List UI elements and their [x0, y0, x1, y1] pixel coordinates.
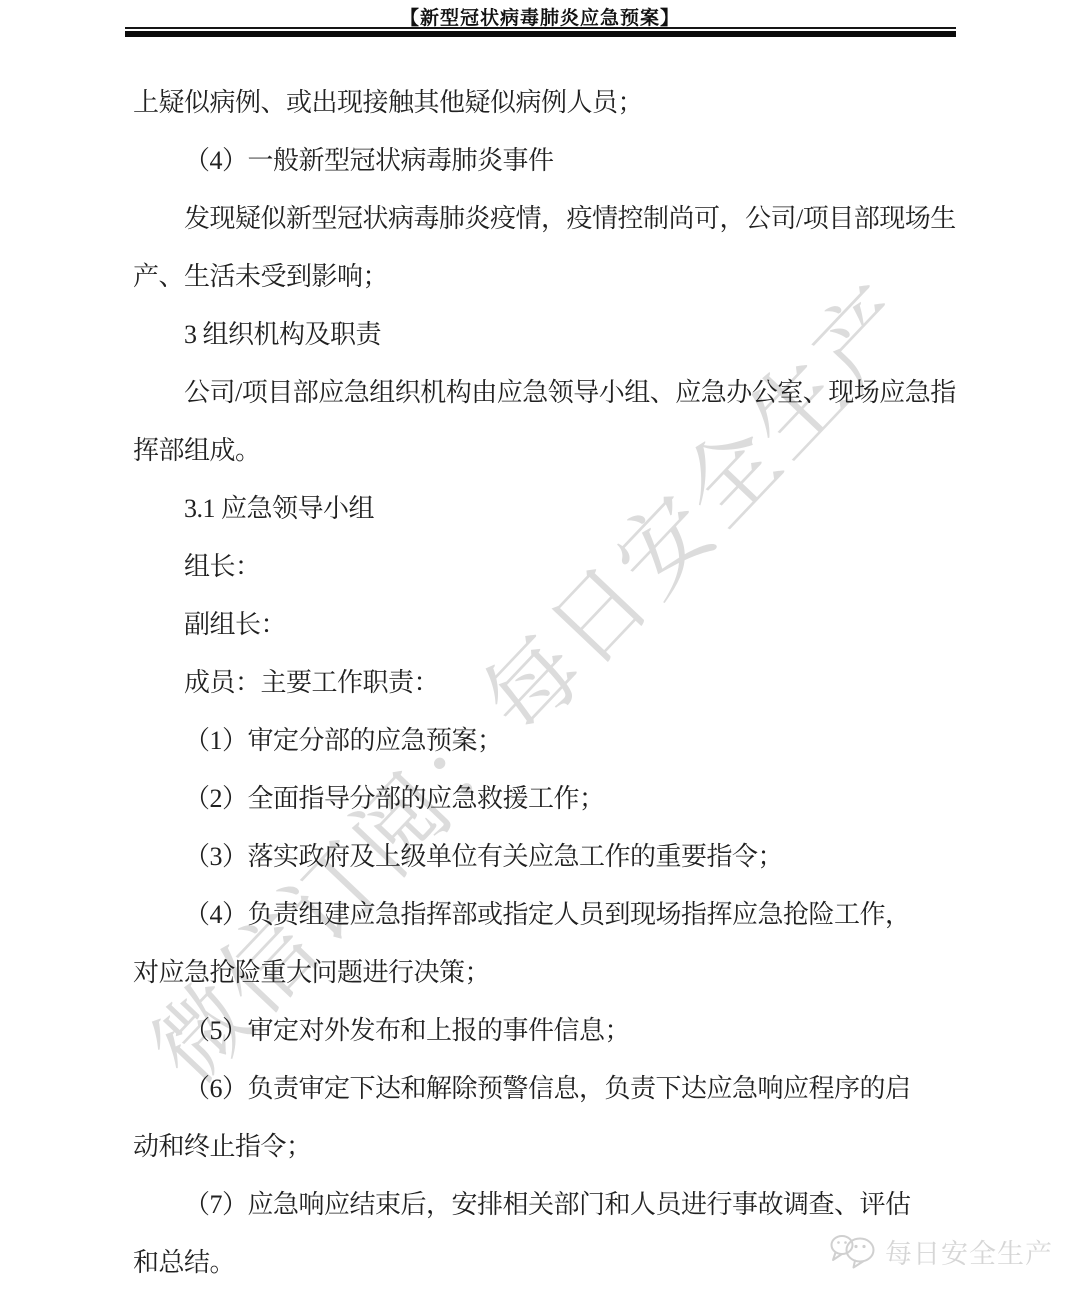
wechat-icon — [828, 1231, 878, 1271]
body-line: 组长： — [133, 538, 961, 596]
body-line: （4）负责组建应急指挥部或指定人员到现场指挥应急抢险工作， — [133, 886, 961, 944]
body-line: 产、生活未受到影响； — [133, 248, 961, 306]
body-line: （7）应急响应结束后，安排相关部门和人员进行事故调查、评估 — [133, 1176, 961, 1234]
brand-label: 每日安全生产 — [885, 1232, 1053, 1271]
body-line: 发现疑似新型冠状病毒肺炎疫情，疫情控制尚可，公司/项目部现场生 — [133, 190, 961, 248]
page-title: 【新型冠状病毒肺炎应急预案】 — [0, 3, 1080, 30]
body-line: 公司/项目部应急组织机构由应急领导小组、应急办公室、现场应急指 — [133, 364, 961, 422]
body-line: （5）审定对外发布和上报的事件信息； — [133, 1002, 961, 1060]
document-page: 微信订阅：每日安全生产 【新型冠状病毒肺炎应急预案】 上疑似病例、或出现接触其他… — [0, 0, 1080, 1301]
divider-thin-line — [125, 27, 956, 29]
body-line: 对应急抢险重大问题进行决策； — [133, 944, 961, 1002]
header-divider — [125, 27, 956, 37]
body-line: 副组长： — [133, 596, 961, 654]
divider-thick-line — [125, 31, 956, 37]
body-line: 3.1 应急领导小组 — [133, 480, 961, 538]
body-line: （2）全面指导分部的应急救援工作； — [133, 770, 961, 828]
body-line: （4）一般新型冠状病毒肺炎事件 — [133, 132, 961, 190]
body-line: （3）落实政府及上级单位有关应急工作的重要指令； — [133, 828, 961, 886]
body-line: 挥部组成。 — [133, 422, 961, 480]
body-line: （1）审定分部的应急预案； — [133, 712, 961, 770]
body-line: 上疑似病例、或出现接触其他疑似病例人员； — [133, 74, 961, 132]
body-line: （6）负责审定下达和解除预警信息，负责下达应急响应程序的启 — [133, 1060, 961, 1118]
body-line: 3 组织机构及职责 — [133, 306, 961, 364]
body-line: 动和终止指令； — [133, 1118, 961, 1176]
body-line: 成员：主要工作职责： — [133, 654, 961, 712]
brand-badge: 每日安全生产 — [828, 1231, 1053, 1271]
document-body: 上疑似病例、或出现接触其他疑似病例人员；（4）一般新型冠状病毒肺炎事件发现疑似新… — [133, 74, 961, 1292]
